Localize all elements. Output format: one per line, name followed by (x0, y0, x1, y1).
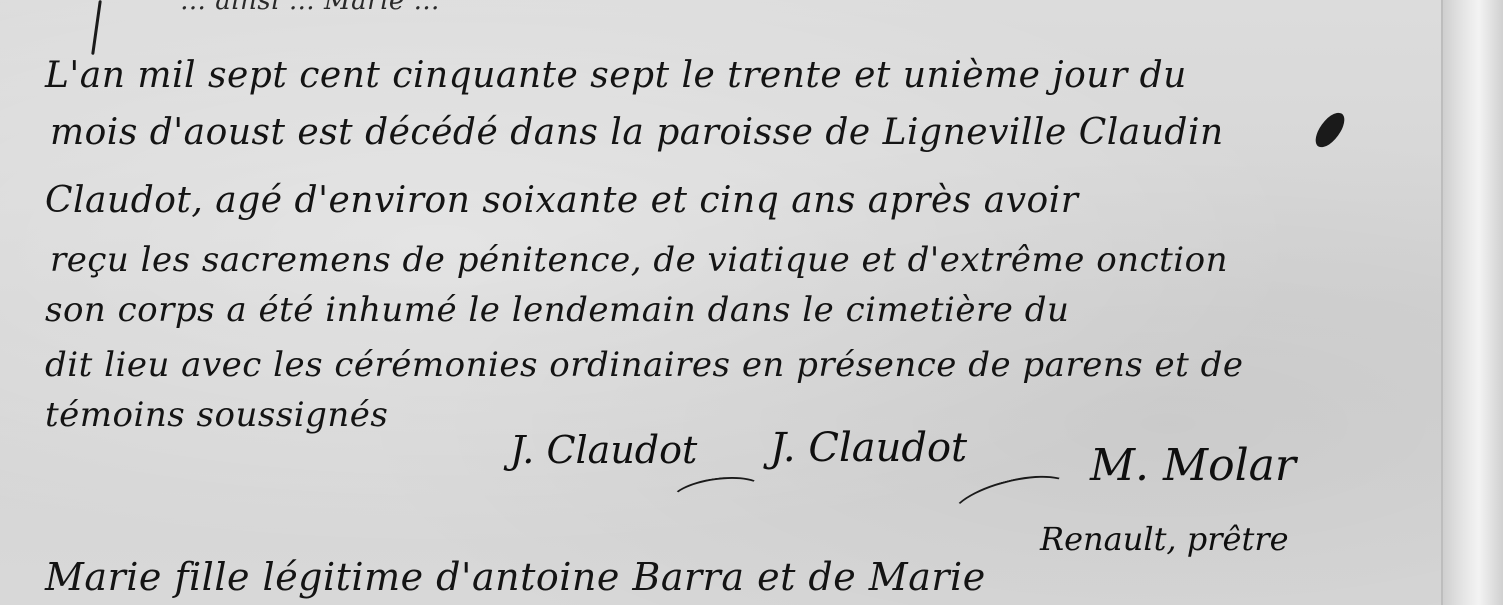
record-line-4: reçu les sacremens de pénitence, de viat… (50, 240, 1228, 280)
record-line-1: L'an mil sept cent cinquante sept le tre… (45, 55, 1187, 96)
signature-flourish (668, 472, 766, 519)
ink-blot (1311, 108, 1348, 153)
record-line-6: dit lieu avec les cérémonies ordinaires … (45, 345, 1243, 385)
margin-pen-stroke (91, 0, 102, 55)
signature-2: J. Claudot (770, 425, 967, 471)
record-line-7: témoins soussignés (45, 395, 388, 435)
record-line-5: son corps a été inhumé le lendemain dans… (45, 290, 1069, 330)
top-cut-text: … ainsi … Marie … (180, 0, 440, 16)
document-page: … ainsi … Marie … L'an mil sept cent cin… (0, 0, 1460, 605)
signature-1: J. Claudot (510, 428, 697, 472)
signature-priest: Renault, prêtre (1040, 520, 1289, 558)
page-edge (1441, 0, 1503, 605)
record-line-3: Claudot, agé d'environ soixante et cinq … (45, 180, 1078, 221)
signature-3: M. Molar (1090, 440, 1296, 491)
record-line-2: mois d'aoust est décédé dans la paroisse… (50, 112, 1224, 153)
next-entry-line: Marie fille légitime d'antoine Barra et … (45, 555, 986, 599)
